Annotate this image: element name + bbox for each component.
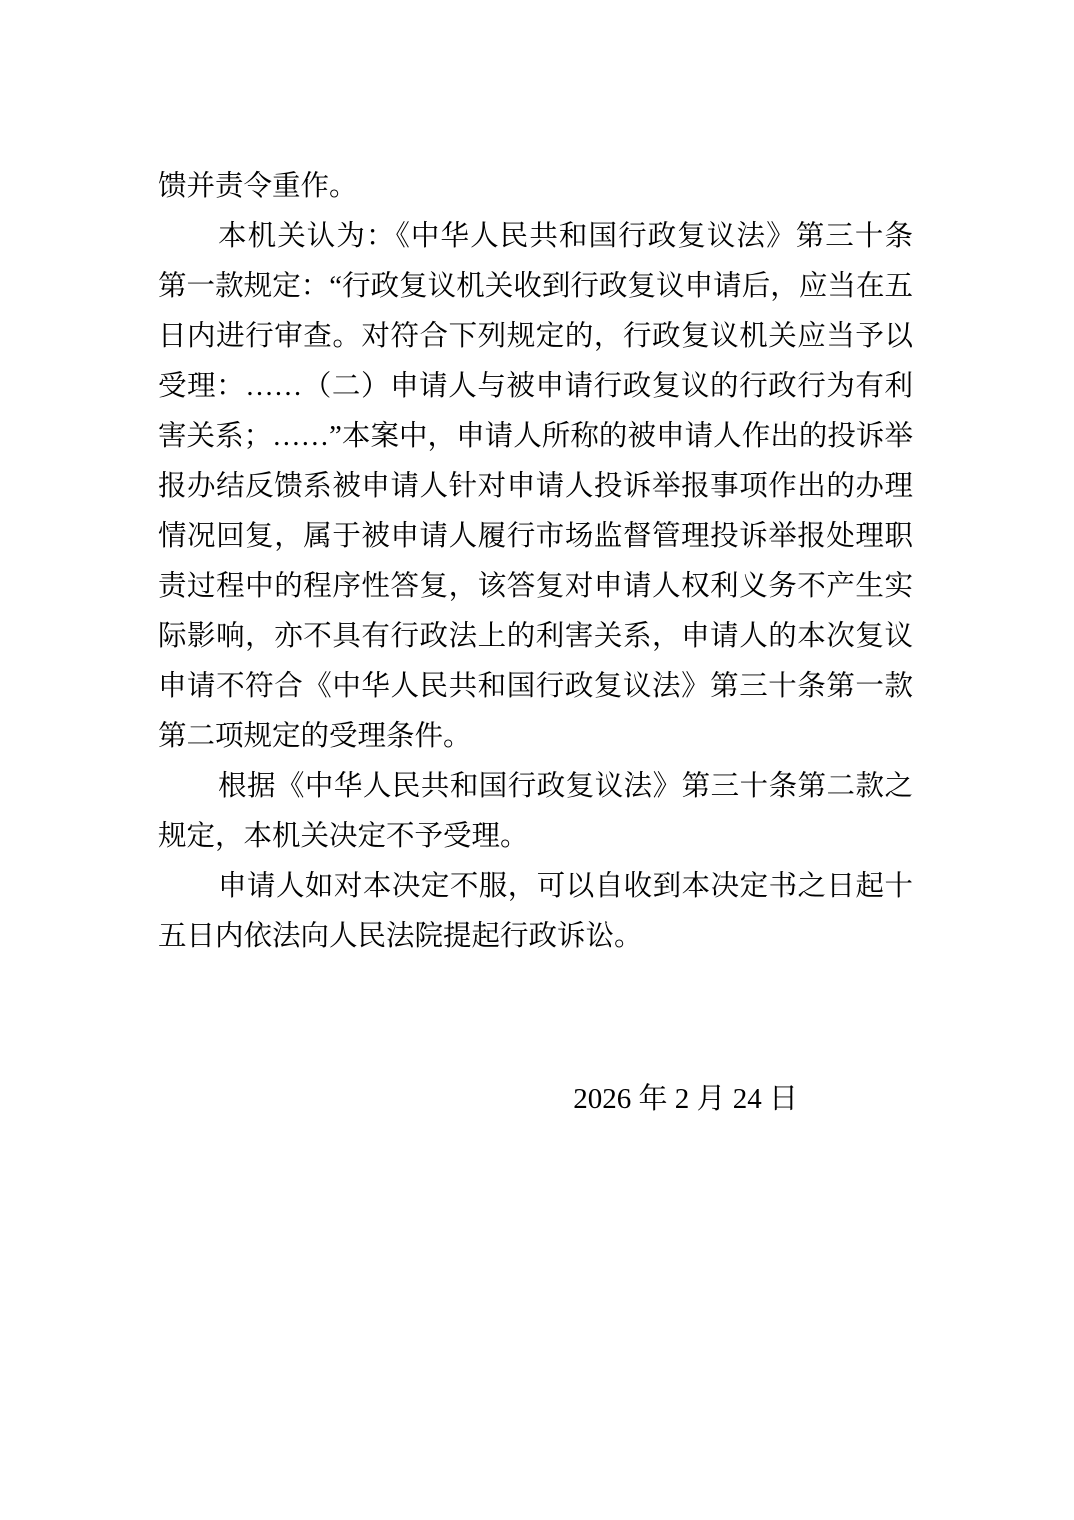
body-line-2: 本机关认为：《中华人民共和国行政复议法》第三十条 <box>158 212 913 262</box>
body-line-10: 际影响，亦不具有行政法上的利害关系，申请人的本次复议 <box>158 612 913 662</box>
document-page: 馈并责令重作。 本机关认为：《中华人民共和国行政复议法》第三十条 第一款规定：“… <box>0 0 1074 1520</box>
body-line-6: 害关系；……”本案中，申请人所称的被申请人作出的投诉举 <box>158 412 913 462</box>
body-line-7: 报办结反馈系被申请人针对申请人投诉举报事项作出的办理 <box>158 462 913 512</box>
document-body: 馈并责令重作。 本机关认为：《中华人民共和国行政复议法》第三十条 第一款规定：“… <box>158 162 913 1124</box>
body-line-1: 馈并责令重作。 <box>158 162 913 212</box>
body-line-4: 日内进行审查。对符合下列规定的，行政复议机关应当予以 <box>158 312 913 362</box>
document-date: 2026 年 2 月 24 日 <box>158 1074 913 1124</box>
body-line-14: 规定，本机关决定不予受理。 <box>158 812 913 862</box>
body-line-9: 责过程中的程序性答复，该答复对申请人权利义务不产生实 <box>158 562 913 612</box>
body-line-12: 第二项规定的受理条件。 <box>158 712 913 762</box>
body-line-11: 申请不符合《中华人民共和国行政复议法》第三十条第一款 <box>158 662 913 712</box>
body-line-3: 第一款规定：“行政复议机关收到行政复议申请后，应当在五 <box>158 262 913 312</box>
body-line-16: 五日内依法向人民法院提起行政诉讼。 <box>158 912 913 962</box>
body-line-5: 受理：……（二）申请人与被申请行政复议的行政行为有利 <box>158 362 913 412</box>
body-line-8: 情况回复，属于被申请人履行市场监督管理投诉举报处理职 <box>158 512 913 562</box>
body-line-13: 根据《中华人民共和国行政复议法》第三十条第二款之 <box>158 762 913 812</box>
body-line-15: 申请人如对本决定不服，可以自收到本决定书之日起十 <box>158 862 913 912</box>
